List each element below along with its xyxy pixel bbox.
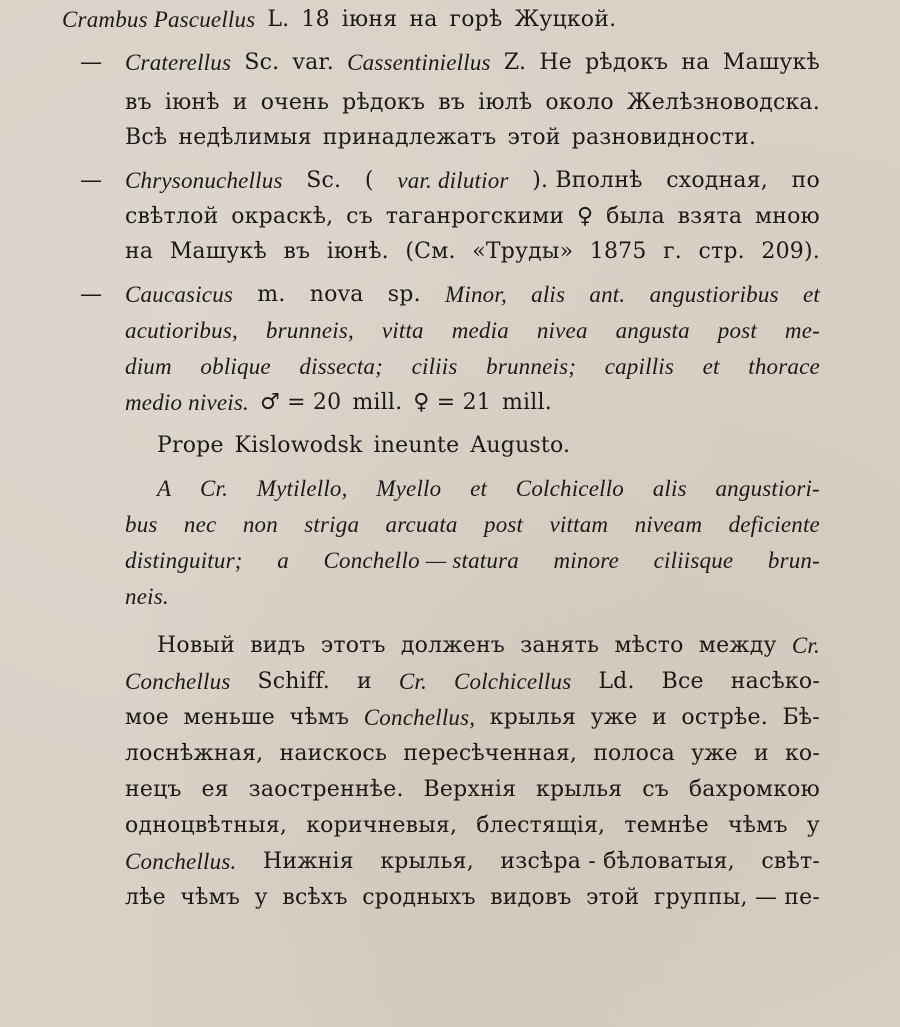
word: наискось	[279, 736, 387, 772]
word: и	[652, 700, 667, 736]
italic-word: post	[484, 507, 523, 543]
word: группы, — пе-	[654, 880, 820, 916]
word: взята	[678, 199, 743, 235]
word: блестящія,	[476, 808, 605, 844]
word: 1875	[590, 234, 647, 270]
word: всѣхъ	[282, 880, 347, 916]
word: сходная,	[666, 163, 768, 199]
word: въ	[438, 85, 465, 121]
text-line: Caucasicusm.novasp.Minor,alisant.angusti…	[125, 277, 820, 313]
italic-word: bus	[125, 507, 158, 543]
word: меньше	[184, 700, 275, 736]
word: видъ	[250, 628, 305, 664]
word: на	[681, 45, 709, 81]
italic-word: medio niveis.	[125, 385, 249, 421]
word: ineunte	[374, 428, 460, 464]
word: бахромкою	[689, 772, 820, 808]
word: ко-	[785, 736, 820, 772]
word: (См.	[405, 234, 455, 270]
text-line: НовыйвидъэтотъдолженъзанятьмѣстомеждуCr.	[157, 628, 820, 664]
word: очень	[261, 85, 329, 121]
italic-word: alis	[653, 471, 687, 507]
word: на	[125, 234, 153, 270]
italic-word: me-	[785, 313, 820, 349]
italic-word: var. dilutior	[397, 163, 508, 199]
word: Машукѣ	[723, 45, 820, 81]
word: видовъ	[490, 880, 571, 916]
scanned-book-page: Crambus PascuellusL.18іюнянагорѣЖуцкой.—…	[0, 0, 900, 1027]
italic-word: a	[277, 543, 289, 579]
italic-word: ciliis	[412, 349, 458, 385]
word: nova	[310, 277, 364, 313]
italic-word: brunneis,	[266, 313, 354, 349]
word: уже	[591, 700, 638, 736]
text-line: ChrysonuchellusSc.(var. dilutior). Вполн…	[125, 163, 820, 199]
text-line: PropeKislowodskineunteAugusto.	[157, 428, 820, 464]
word: съ	[642, 772, 669, 808]
italic-word: angustioribus	[650, 277, 779, 313]
word: горѣ	[450, 2, 503, 38]
text-line: busnecnonstrigaarcuatapostvittamniveamde…	[125, 507, 820, 543]
italic-word: vittam	[550, 507, 609, 543]
italic-word: arcuata	[386, 507, 458, 543]
word: ). Вполнѣ	[532, 163, 642, 199]
italic-word: et	[470, 471, 487, 507]
text-line: Всѣнедѣлимыяпринадлежатъэтойразновидност…	[125, 120, 820, 156]
word: этой	[507, 120, 560, 156]
word: въ	[283, 234, 310, 270]
italic-word: Mytilello,	[257, 471, 348, 507]
word: Новый	[157, 628, 235, 664]
word: ея	[202, 772, 229, 808]
word: (	[365, 163, 374, 199]
word: Schiff.	[258, 664, 331, 700]
word: принадлежатъ	[323, 120, 497, 156]
word: Не	[539, 45, 572, 81]
word: въ	[125, 85, 152, 121]
italic-word: Colchicellus	[454, 664, 571, 700]
italic-word: vitta	[382, 313, 424, 349]
italic-word: Myello	[376, 471, 441, 507]
word: Sc.	[306, 163, 341, 199]
italic-word: distinguitur;	[125, 543, 243, 579]
text-line: Conchellus.Нижніякрылья,изсѣра - бѣловат…	[125, 844, 820, 880]
italic-word: Conchellus,	[364, 700, 475, 736]
word: крылья	[536, 772, 622, 808]
text-line: свѣтлойокраскѣ,сътаганрогскими♀былавзята…	[125, 199, 820, 235]
text-line: наМашукѣвъіюнѣ.(См.«Труды»1875г.стр.209)…	[125, 234, 820, 270]
word: 18	[301, 2, 329, 38]
italic-word: minore	[554, 543, 620, 579]
word: и	[357, 664, 372, 700]
word: Все	[662, 664, 704, 700]
italic-word: angustiori-	[715, 471, 819, 507]
word: mill.	[352, 385, 402, 421]
italic-word: nivea	[537, 313, 588, 349]
word: свѣт-	[761, 844, 820, 880]
word: Машукѣ	[170, 234, 267, 270]
text-line: CraterellusSc.var.CassentiniellusZ.Нерѣд…	[125, 45, 820, 81]
word: мною	[755, 199, 820, 235]
italic-word: Cr.	[399, 664, 427, 700]
italic-word: Caucasicus	[125, 277, 233, 313]
word: Sc.	[244, 45, 279, 81]
word: sp.	[388, 277, 421, 313]
word: чѣмъ	[290, 700, 350, 736]
italic-word: Craterellus	[125, 45, 231, 81]
entry-dash: —	[80, 45, 108, 81]
entry-dash: —	[80, 163, 108, 199]
italic-word: post	[718, 313, 757, 349]
italic-word: A	[157, 471, 171, 507]
word: между	[699, 628, 777, 664]
word: у	[807, 808, 820, 844]
italic-word: capillis	[605, 349, 674, 385]
text-line: acutioribus,brunneis,vittamedianiveaangu…	[125, 313, 820, 349]
text-line: medio niveis.♂ = 20mill.♀ = 21mill.	[125, 385, 820, 421]
word: около	[545, 85, 613, 121]
italic-word: Conchello — statura	[323, 543, 518, 579]
italic-word: ant.	[589, 277, 625, 313]
word: полоса	[593, 736, 675, 772]
word: по	[792, 163, 820, 199]
word: Z.	[504, 45, 526, 81]
italic-word: brun-	[768, 543, 820, 579]
word: Augusto.	[470, 428, 570, 464]
text-line: моеменьшечѣмъConchellus,крыльяужеиострѣе…	[125, 700, 820, 736]
word: ♀	[577, 199, 593, 235]
italic-word: Colchicello	[516, 471, 624, 507]
entry-dash: —	[80, 277, 108, 313]
word: одноцвѣтныя,	[125, 808, 287, 844]
word: іюлѣ	[478, 85, 532, 121]
word: крылья,	[380, 844, 474, 880]
italic-word: striga	[304, 507, 359, 543]
word: этотъ	[321, 628, 386, 664]
word: разновидности.	[572, 120, 757, 156]
word: іюня	[342, 2, 398, 38]
text-line: лоснѣжная,наискосьпересѣченная,полосауже…	[125, 736, 820, 772]
word: мѣсто	[614, 628, 683, 664]
text-line: ACr.Mytilello,MyelloetColchicelloalisang…	[157, 471, 820, 507]
text-line: одноцвѣтныя,коричневыя,блестящія,темнѣеч…	[125, 808, 820, 844]
italic-word: Conchellus	[125, 664, 231, 700]
word: у	[255, 880, 268, 916]
word: была	[606, 199, 665, 235]
italic-word: deficiente	[729, 507, 820, 543]
word: іюнѣ	[165, 85, 220, 121]
text-line: ConchellusSchiff.иCr.ColchicellusLd.Всен…	[125, 664, 820, 700]
word: рѣдокъ	[342, 85, 425, 121]
word: m.	[257, 277, 285, 313]
word: ♀ = 21	[413, 385, 491, 421]
word: сродныхъ	[362, 880, 475, 916]
italic-word: Cassentiniellus	[347, 45, 491, 81]
word: изсѣра - бѣловатыя,	[500, 844, 734, 880]
word: коричневыя,	[306, 808, 457, 844]
italic-word: Cr.	[200, 471, 228, 507]
word: и	[754, 736, 769, 772]
word: уже	[691, 736, 738, 772]
word: mill.	[502, 385, 552, 421]
word: ♂ = 20	[260, 385, 341, 421]
word: стр.	[699, 234, 745, 270]
italic-word: dium	[125, 349, 172, 385]
italic-word: et	[703, 349, 720, 385]
italic-word: angusta	[616, 313, 690, 349]
word: занять	[520, 628, 599, 664]
italic-word: Conchellus.	[125, 844, 236, 880]
word: острѣе.	[681, 700, 768, 736]
italic-word: non	[243, 507, 278, 543]
italic-word: Crambus Pascuellus	[62, 2, 255, 38]
word: недѣлимыя	[178, 120, 311, 156]
word: Желѣзноводска.	[627, 85, 820, 121]
word: мое	[125, 700, 169, 736]
text-line: Crambus PascuellusL.18іюнянагорѣЖуцкой.	[62, 2, 682, 38]
word: крылья	[490, 700, 576, 736]
word: L.	[267, 2, 289, 38]
italic-word: acutioribus,	[125, 313, 238, 349]
italic-word: media	[452, 313, 509, 349]
text-line: въіюнѣиоченьрѣдокъвъіюлѣоколоЖелѣзноводс…	[125, 85, 820, 121]
word: темнѣе	[624, 808, 708, 844]
word: Ld.	[598, 664, 634, 700]
word: насѣко-	[731, 664, 820, 700]
italic-word: dissecta;	[299, 349, 383, 385]
italic-word: niveam	[635, 507, 703, 543]
word: Бѣ-	[782, 700, 819, 736]
text-line: neis.	[125, 579, 820, 615]
word: лѣе	[125, 880, 166, 916]
word: на	[409, 2, 437, 38]
word: Всѣ	[125, 120, 167, 156]
word: Нижнія	[263, 844, 354, 880]
text-line: distinguitur;aConchello — staturaminorec…	[125, 543, 820, 579]
word: этой	[586, 880, 639, 916]
word: Верхнія	[424, 772, 517, 808]
word: рѣдокъ	[585, 45, 668, 81]
word: лоснѣжная,	[125, 736, 263, 772]
word: пересѣченная,	[403, 736, 577, 772]
word: Kislowodsk	[235, 428, 363, 464]
word: таганрогскими	[386, 199, 565, 235]
word: чѣмъ	[180, 880, 240, 916]
italic-word: brunneis;	[486, 349, 576, 385]
word: заостреннѣе.	[249, 772, 404, 808]
word: Prope	[157, 428, 224, 464]
word: съ	[346, 199, 373, 235]
italic-word: Chrysonuchellus	[125, 163, 283, 199]
italic-word: neis.	[125, 579, 169, 615]
word: var.	[292, 45, 333, 81]
italic-word: oblique	[200, 349, 270, 385]
italic-word: ciliisque	[654, 543, 734, 579]
text-line: diumobliquedissecta;ciliisbrunneis;capil…	[125, 349, 820, 385]
italic-word: thorace	[748, 349, 820, 385]
word: долженъ	[401, 628, 505, 664]
italic-word: et	[803, 277, 820, 313]
italic-word: Cr.	[792, 628, 820, 664]
word: «Труды»	[472, 234, 573, 270]
word: Жуцкой.	[514, 2, 616, 38]
word: окраскѣ,	[231, 199, 333, 235]
text-line: нецъеязаостреннѣе.Верхніякрыльясъбахромк…	[125, 772, 820, 808]
italic-word: alis	[531, 277, 565, 313]
italic-word: nec	[184, 507, 217, 543]
italic-word: Minor,	[445, 277, 507, 313]
word: чѣмъ	[728, 808, 788, 844]
word: г.	[663, 234, 682, 270]
word: и	[233, 85, 248, 121]
word: свѣтлой	[125, 199, 218, 235]
word: іюнѣ.	[327, 234, 389, 270]
word: 209).	[761, 234, 820, 270]
word: нецъ	[125, 772, 182, 808]
text-line: лѣечѣмъувсѣхъсродныхъвидовъэтойгруппы, —…	[125, 880, 820, 916]
